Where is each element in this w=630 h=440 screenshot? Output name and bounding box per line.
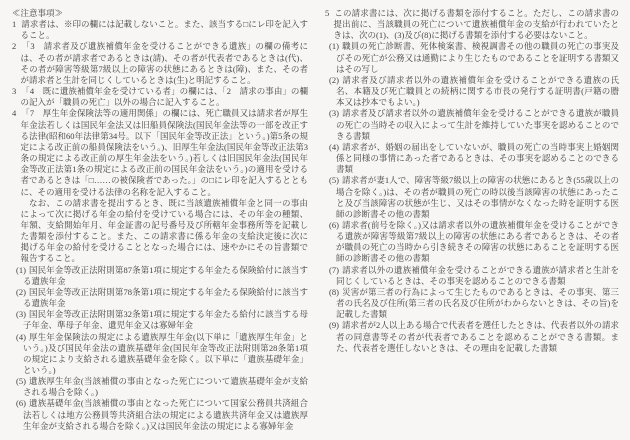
subitem-number: (4) — [16, 332, 26, 342]
subitem-text: 災害が第三者の行為によって生じたものであるときは、その事実、第三者の氏名及び住所… — [336, 287, 619, 319]
subitem-text: 国民年金等改正法附則第87条第1項に規定する年金たる保険給付に該当する遺族年金 — [23, 265, 308, 286]
subitem-number: (2) — [16, 287, 26, 297]
subitem-number: (5) — [16, 376, 26, 386]
right-column: 5この請求書には、次に掲げる書類を添付すること。ただし、この請求書の提出前に、当… — [325, 8, 619, 440]
subitem-text: 職員の死亡診断書、死体検案書、検視調書その他の職員の死亡の事実及びその死亡が公務… — [336, 41, 619, 73]
note-item-1: 1請求者は、※印の欄には記載しないこと。また、該当する□にレ印を記入すること。 — [12, 19, 308, 41]
subitem-number: (7) — [329, 265, 339, 275]
item-4-subitem-4: (4)厚生年金保険法の規定による遺族厚生年金(以下単に「遺族厚生年金」という。)… — [12, 332, 308, 377]
subitem-number: (9) — [329, 320, 339, 330]
item-5-subitem-9: (9)請求者が2人以上ある場合で代表者を選任したときは、代表者以外の請求者の同意… — [325, 320, 619, 353]
subitem-text: 国民年金等改正法附則第78条第1項に規定する年金たる保険給付に該当する遺族年金 — [23, 287, 308, 308]
item-4-subitem-1: (1)国民年金等改正法附則第87条第1項に規定する年金たる保険給付に該当する遺族… — [12, 265, 308, 287]
subitem-number: (1) — [329, 41, 339, 51]
subitem-number: (8) — [329, 287, 339, 297]
subitem-text: 請求者が妻1人で、障害等級7級以上の障害の状態にあるとき(55歳以上の場合を除く… — [336, 175, 619, 218]
subitem-text: 請求者が、婚姻の届出をしていないが、職員の死亡の当時事実上婚姻関係と同様の事情に… — [336, 142, 619, 174]
item-4-subitem-5: (5)遺族厚生年金(当該補償の事由となった死亡について遺族基礎年金が支給される場… — [12, 376, 308, 398]
item-5-subitem-6: (6)請求者(前号を除く。)又は請求者以外の遺族補償年金を受けることができる遺族… — [325, 220, 619, 265]
subitem-text: 請求者(前号を除く。)又は請求者以外の遺族補償年金を受けることができる遺族が障害… — [336, 220, 619, 263]
item-1-text: 請求者は、※印の欄には記載しないこと。また、該当する□にレ印を記入すること。 — [21, 19, 309, 40]
subitem-text: 請求者以外の遺族補償年金を受けることができる遺族が請求者と生計を同じくしていると… — [336, 265, 619, 286]
note-item-5: 5この請求書には、次に掲げる書類を添付すること。ただし、この請求書の提出前に、当… — [325, 8, 619, 41]
item-4-subitem-6: (6)遺族基礎年金(当該補償の事由となった死亡について国家公務員共済組合法若しく… — [12, 398, 308, 431]
item-4-text: 「7 厚生年金保険法等の適用関係」の欄には、死亡職員又は請求者が厚生年金法若しく… — [21, 108, 309, 196]
page-title: ≪注意事項≫ — [12, 8, 308, 19]
item-2-text: 「3 請求者及び遺族補償年金を受けることができる遺族」の欄の備考には、その者が請… — [21, 41, 309, 84]
subitem-number: (3) — [329, 108, 339, 118]
subitem-number: (3) — [16, 309, 26, 319]
item-4-number: 4 — [12, 108, 16, 118]
subitem-number: (1) — [16, 265, 26, 275]
item-5-subitem-7: (7)請求者以外の遺族補償年金を受けることができる遺族が請求者と生計を同じくして… — [325, 265, 619, 287]
item-5-subitem-5: (5)請求者が妻1人で、障害等級7級以上の障害の状態にあるとき(55歳以上の場合… — [325, 175, 619, 220]
subitem-number: (6) — [16, 398, 26, 408]
note-item-4-supplement: なお、この請求書を提出するとき、既に当該遺族補償年金と同一の事由によって次に掲げ… — [12, 198, 308, 265]
subitem-text: 遺族基礎年金(当該補償の事由となった死亡について国家公務員共済組合法若しくは地方… — [23, 398, 308, 430]
left-column: ≪注意事項≫ 1請求者は、※印の欄には記載しないこと。また、該当する□にレ印を記… — [12, 8, 308, 440]
subitem-number: (2) — [329, 75, 339, 85]
item-5-subitem-2: (2)請求者及び請求者以外の遺族補償年金を受けることができる遺族の氏名、本籍及び… — [325, 75, 619, 108]
subitem-number: (6) — [329, 220, 339, 230]
subitem-text: 請求者及び請求者以外の遺族補償年金を受けることができる遺族の氏名、本籍及び死亡職… — [336, 75, 619, 107]
subitem-text: 遺族厚生年金(当該補償の事由となった死亡について遺族基礎年金が支給される場合を除… — [23, 376, 308, 397]
item-4-subitem-2: (2)国民年金等改正法附則第78条第1項に規定する年金たる保険給付に該当する遺族… — [12, 287, 308, 309]
item-5-subitem-4: (4)請求者が、婚姻の届出をしていないが、職員の死亡の当時事実上婚姻関係と同様の… — [325, 142, 619, 175]
item-5-text: この請求書には、次に掲げる書類を添付すること。ただし、この請求書の提出前に、当該… — [334, 8, 620, 40]
note-item-3: 3「4 既に遺族補償年金を受けている者」の欄には、「2 請求の事由」の欄の記入が… — [12, 86, 308, 108]
item-5-subitem-1: (1)職員の死亡診断書、死体検案書、検視調書その他の職員の死亡の事実及びその死亡… — [325, 41, 619, 74]
subitem-text: 請求者が2人以上ある場合で代表者を選任したときは、代表者以外の請求者の同意書等そ… — [336, 320, 619, 352]
item-5-number: 5 — [325, 8, 329, 18]
subitem-text: 厚生年金保険法の規定による遺族厚生年金(以下単に「遺族厚生年金」という。)及び国… — [23, 332, 308, 375]
item-5-subitem-3: (3)請求者及び請求者以外の遺族補償年金を受けることができる遺族が職員の死亡の当… — [325, 108, 619, 141]
item-1-number: 1 — [12, 19, 16, 29]
item-4-subitem-3: (3)国民年金等改正法附則第32条第1項に規定する年金たる給付に該当する母子年金… — [12, 309, 308, 331]
item-5-subitem-8: (8)災害が第三者の行為によって生じたものであるときは、その事実、第三者の氏名及… — [325, 287, 619, 320]
item-3-number: 3 — [12, 86, 16, 96]
note-item-2: 2「3 請求者及び遺族補償年金を受けることができる遺族」の欄の備考には、その者が… — [12, 41, 308, 86]
subitem-number: (5) — [329, 175, 339, 185]
item-2-number: 2 — [12, 41, 16, 51]
note-item-4: 4「7 厚生年金保険法等の適用関係」の欄には、死亡職員又は請求者が厚生年金法若し… — [12, 108, 308, 197]
item-3-text: 「4 既に遺族補償年金を受けている者」の欄には、「2 請求の事由」の欄の記入が「… — [21, 86, 309, 107]
subitem-text: 国民年金等改正法附則第32条第1項に規定する年金たる給付に該当する母子年金、準母… — [23, 309, 308, 330]
subitem-text: 請求者及び請求者以外の遺族補償年金を受けることができる遺族が職員の死亡の当時その… — [336, 108, 619, 140]
subitem-number: (4) — [329, 142, 339, 152]
notes-page: ≪注意事項≫ 1請求者は、※印の欄には記載しないこと。また、該当する□にレ印を記… — [0, 0, 630, 440]
